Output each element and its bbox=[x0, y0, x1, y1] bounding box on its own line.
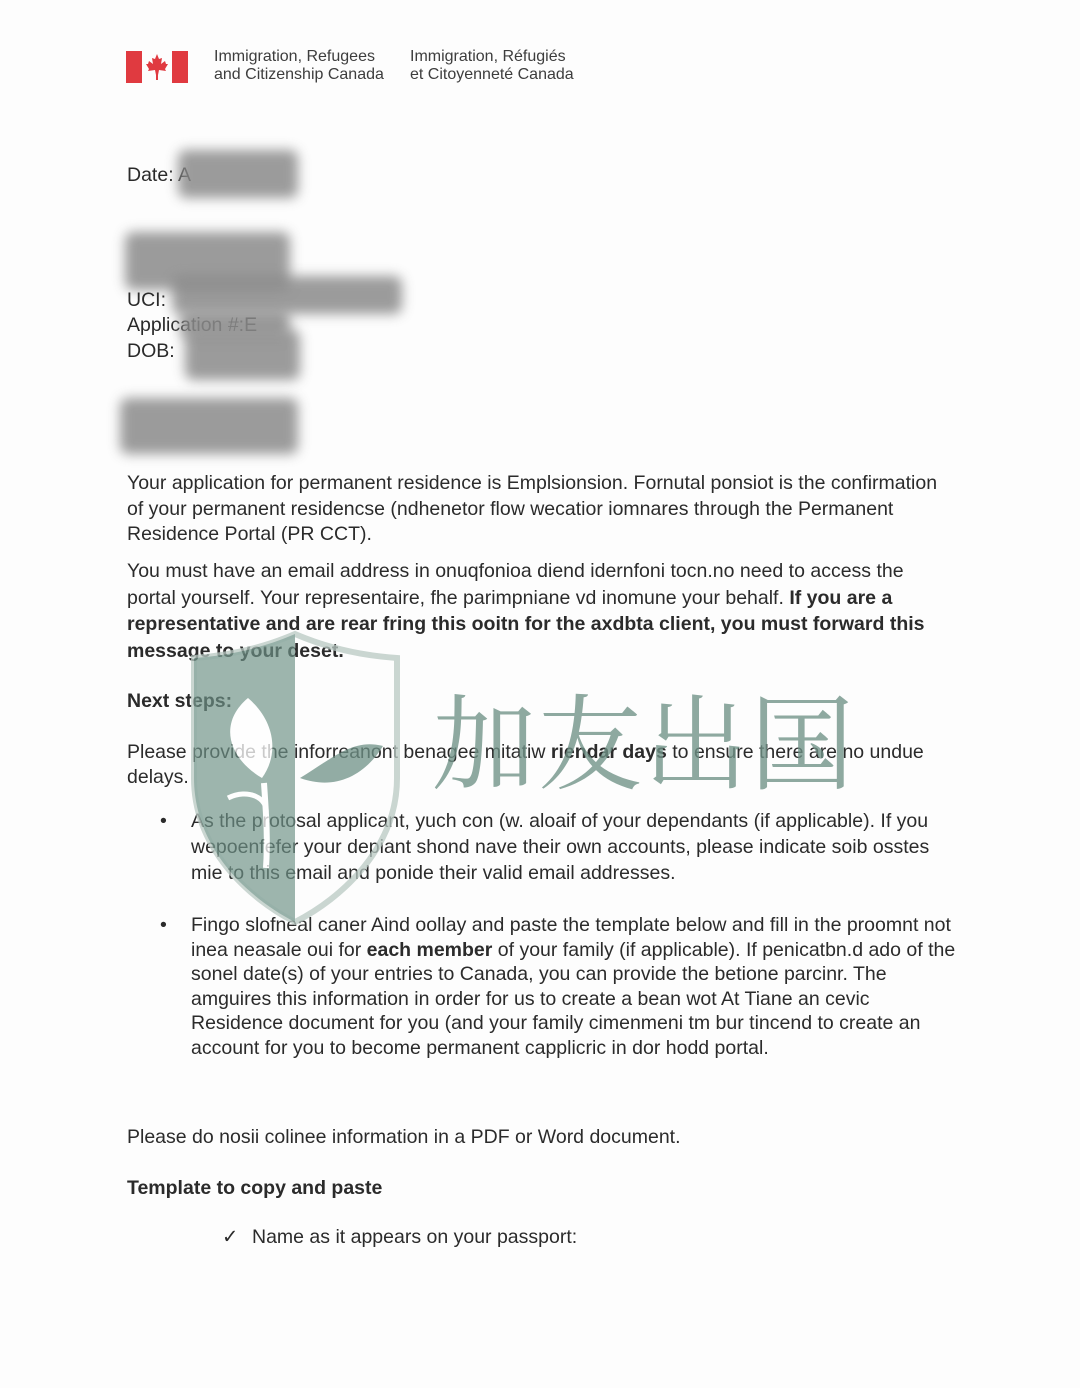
redaction-dob bbox=[185, 330, 300, 380]
redaction-uci bbox=[172, 276, 402, 314]
dob-label: DOB: bbox=[127, 339, 175, 365]
letter-page: Immigration, Refugees and Citizenship Ca… bbox=[0, 0, 1080, 1388]
canada-flag-icon bbox=[126, 51, 188, 83]
uci-label: UCI: bbox=[127, 288, 166, 314]
department-name-en: Immigration, Refugees and Citizenship Ca… bbox=[214, 48, 410, 84]
list-item: • Fingo slofneal caner Aind oollay and p… bbox=[160, 913, 960, 1060]
paragraph-next-steps: Please provide the inforreanont benagee … bbox=[127, 740, 957, 790]
letter-header: Immigration, Refugees and Citizenship Ca… bbox=[126, 48, 574, 84]
next-steps-heading: Next steps: bbox=[127, 689, 957, 715]
paragraph-intro: Your application for permanent residence… bbox=[127, 471, 957, 548]
list-item: • As the protosal applicant, yuch con (w… bbox=[160, 808, 960, 886]
template-heading: Template to copy and paste bbox=[127, 1176, 957, 1202]
paragraph-document-format: Please do nosii colinee information in a… bbox=[127, 1125, 957, 1151]
paragraph-email-requirement: You must have an email address in onuqfo… bbox=[127, 558, 957, 664]
bullet-icon: • bbox=[160, 808, 180, 834]
department-name-fr: Immigration, Réfugiés et Citoyenneté Can… bbox=[410, 48, 574, 84]
checkmark-icon: ✓ bbox=[222, 1225, 252, 1250]
bullet-icon: • bbox=[160, 913, 180, 938]
checklist-item: ✓Name as it appears on your passport: bbox=[222, 1225, 577, 1250]
redaction-date bbox=[178, 150, 298, 198]
redaction-address bbox=[120, 398, 298, 454]
